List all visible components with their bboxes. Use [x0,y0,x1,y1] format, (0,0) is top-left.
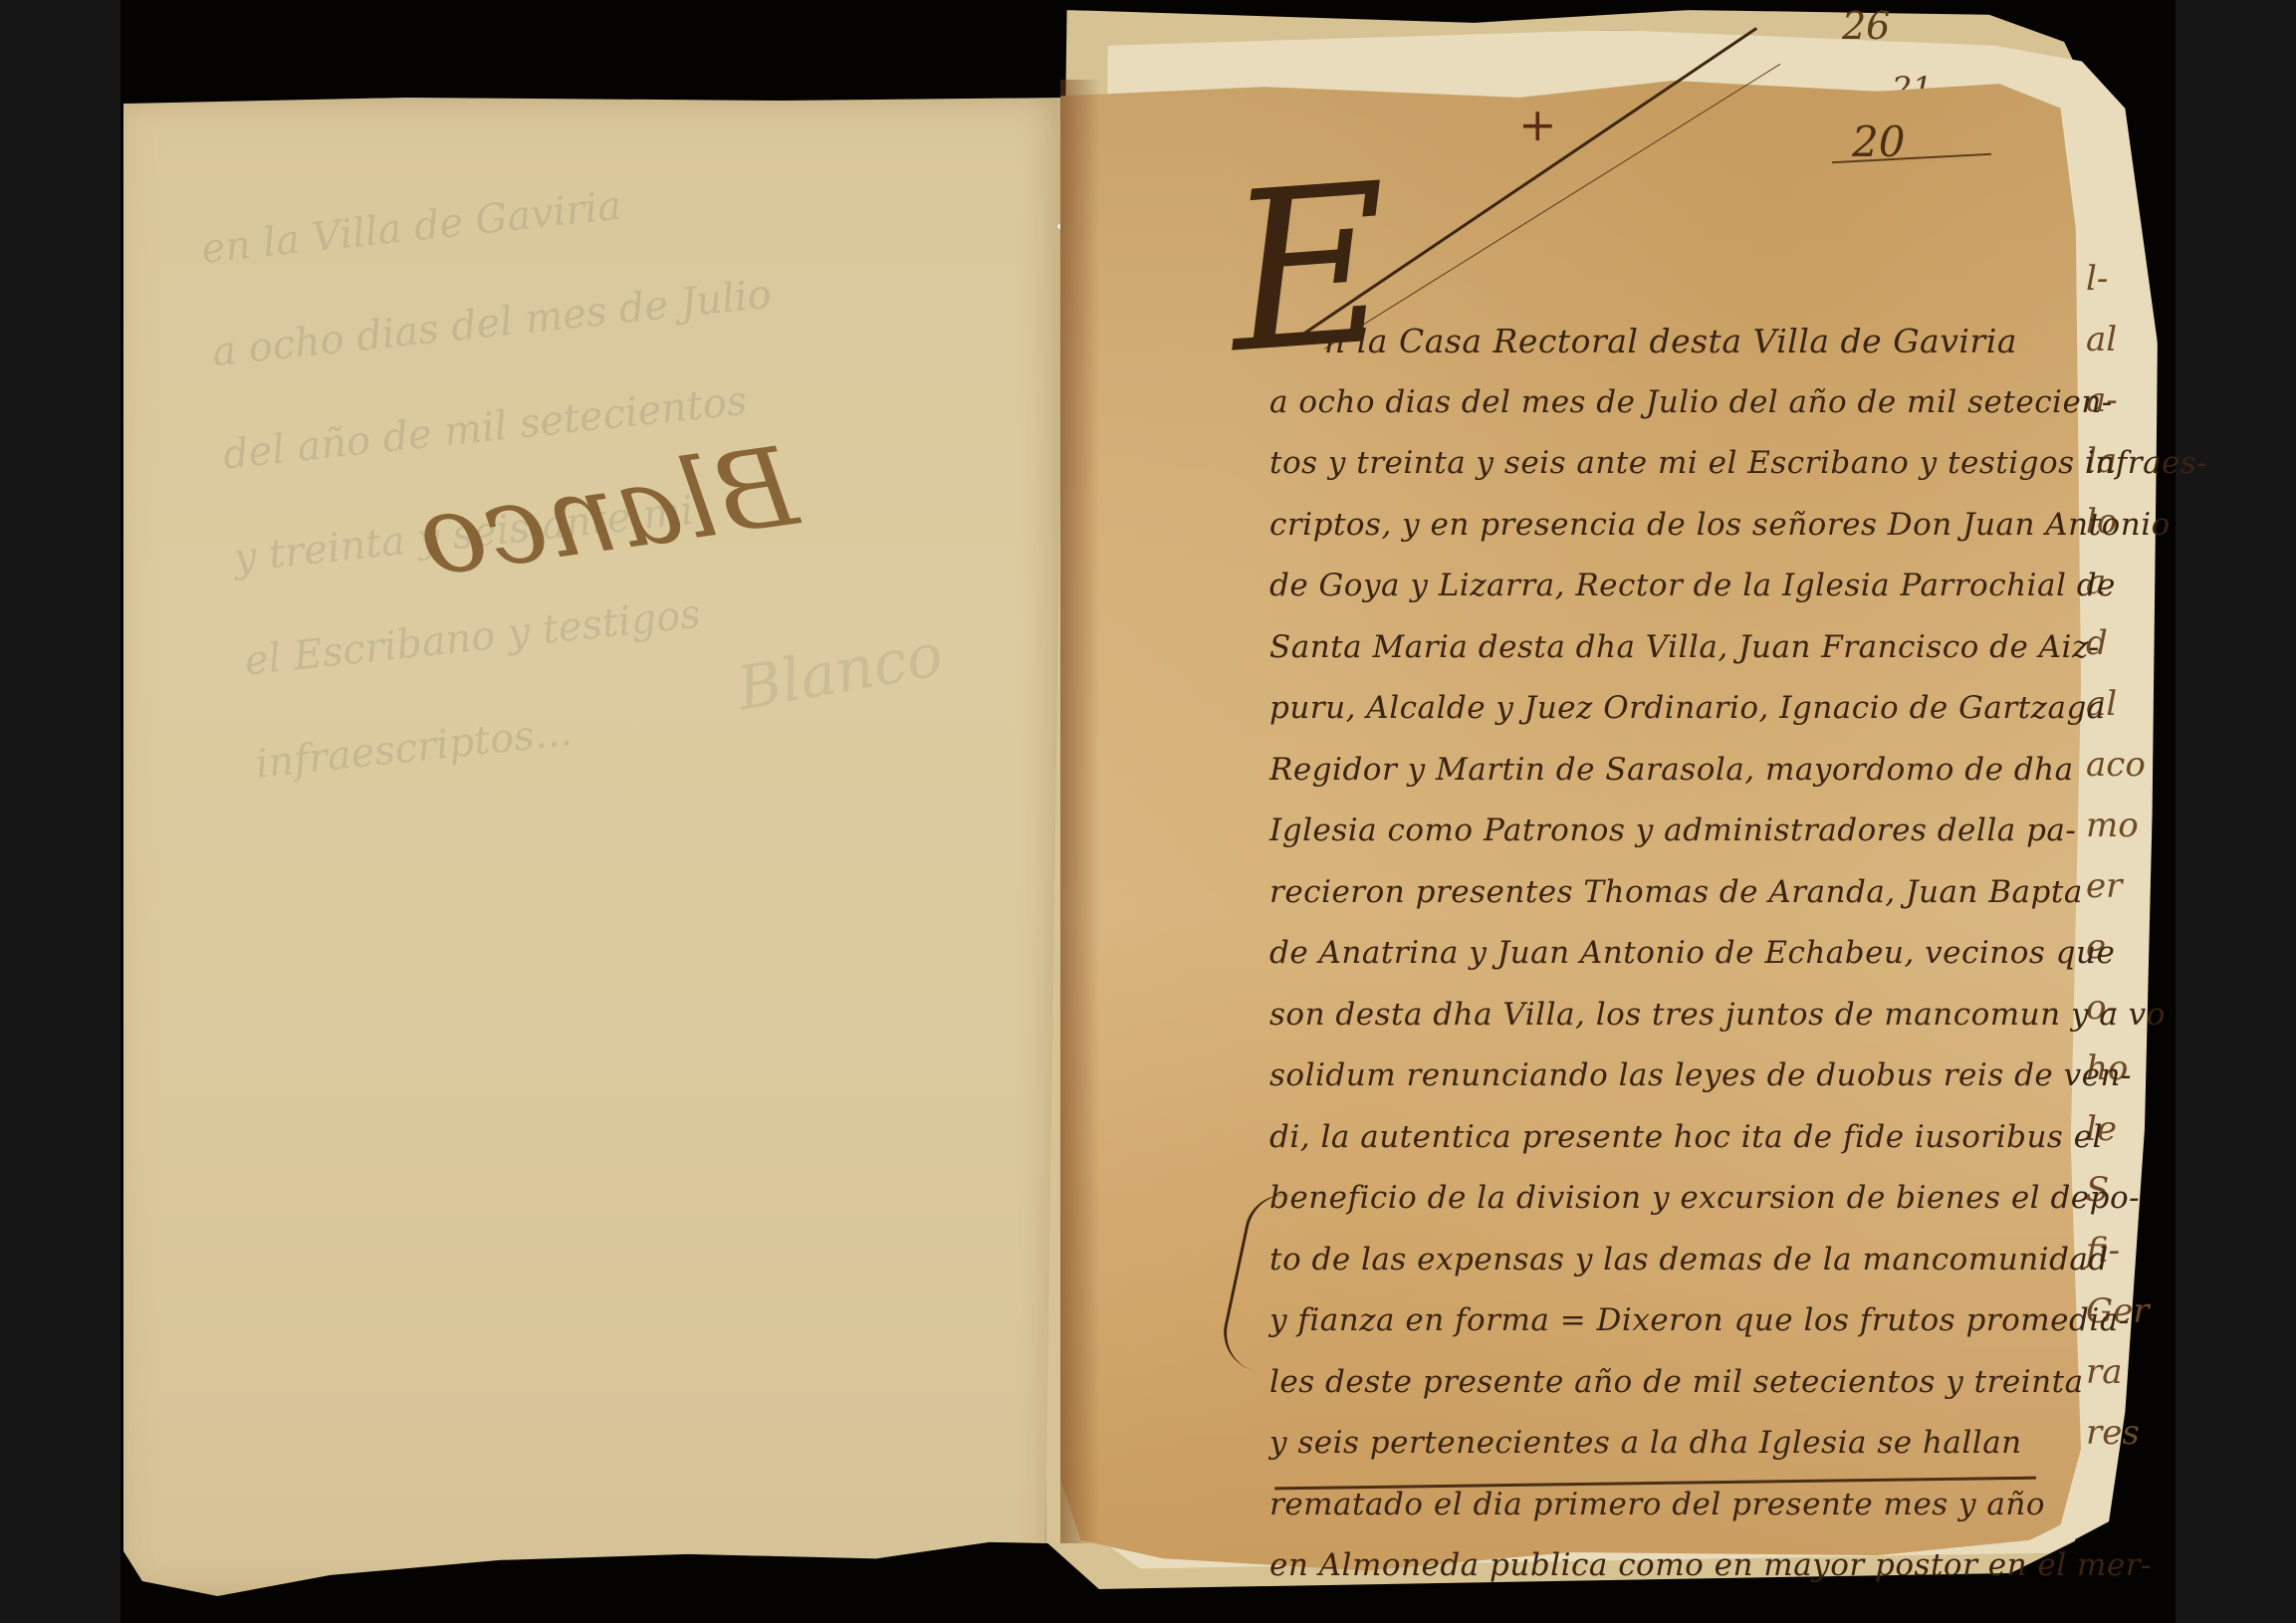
margin-fragment: res [2086,1403,2166,1464]
manuscript-line: beneficio de la division y excursion de … [1269,1168,2056,1230]
manuscript-line: de Goya y Lizarra, Rector de la Iglesia … [1269,556,2056,617]
manuscript-line: Iglesia como Patronos y administradores … [1269,801,2056,862]
manuscript-line: solidum renunciando las leyes de duobus … [1269,1045,2056,1107]
manuscript-line: son desta dha Villa, los tres juntos de … [1269,985,2056,1046]
manuscript-line: criptos, y en presencia de los señores D… [1269,495,2056,557]
manuscript-line: puru, Alcalde y Juez Ordinario, Ignacio … [1269,678,2056,740]
manuscript-line: tos y treinta y seis ante mi el Escriban… [1269,433,2056,495]
manuscript-body: n la Casa Rectoral desta Villa de Gaviri… [1269,311,2056,1597]
bleed-line: en la Villa de Gaviria [199,183,623,273]
manuscript-line: di, la autentica presente hoc ita de fid… [1269,1107,2056,1169]
manuscript-line: de Anatrina y Juan Antonio de Echabeu, v… [1269,923,2056,985]
underside-margin-fragments: l- al a- la lo a d al aco mo er e o- ho … [2086,249,2166,1464]
margin-fragment: aco [2086,735,2166,796]
margin-fragment: ra [2086,1342,2166,1403]
manuscript-line: les deste presente año de mil seteciento… [1269,1352,2056,1414]
gutter-shadow [1060,80,1100,1543]
margin-fragment: mo [2086,796,2166,856]
manuscript-line: Regidor y Martin de Sarasola, mayordomo … [1269,740,2056,802]
stacked-folio-number: 26 [1842,4,1890,48]
cross-mark: + [1518,98,1557,151]
manuscript-line: recieron presentes Thomas de Aranda, Jua… [1269,862,2056,924]
manuscript-line: Santa Maria desta dha Villa, Juan Franci… [1269,617,2056,679]
manuscript-line: en Almoneda publica como en mayor postor… [1269,1535,2056,1597]
manuscript-line: y fianza en forma = Dixeron que los frut… [1269,1290,2056,1352]
manuscript-line: y seis pertenecientes a la dha Iglesia s… [1269,1413,2056,1475]
manuscript-line: to de las expensas y las demas de la man… [1269,1230,2056,1291]
margin-fragment: al [2086,310,2166,370]
manuscript-line: a ocho dias del mes de Julio del año de … [1269,372,2056,434]
manuscript-line: n la Casa Rectoral desta Villa de Gaviri… [1269,311,2056,372]
bleed-line: a ocho dias del mes de Julio [210,271,774,375]
bleed-line: el Escribano y testigos [243,591,703,685]
margin-fragment: er [2086,856,2166,917]
margin-fragment: l- [2086,249,2166,310]
